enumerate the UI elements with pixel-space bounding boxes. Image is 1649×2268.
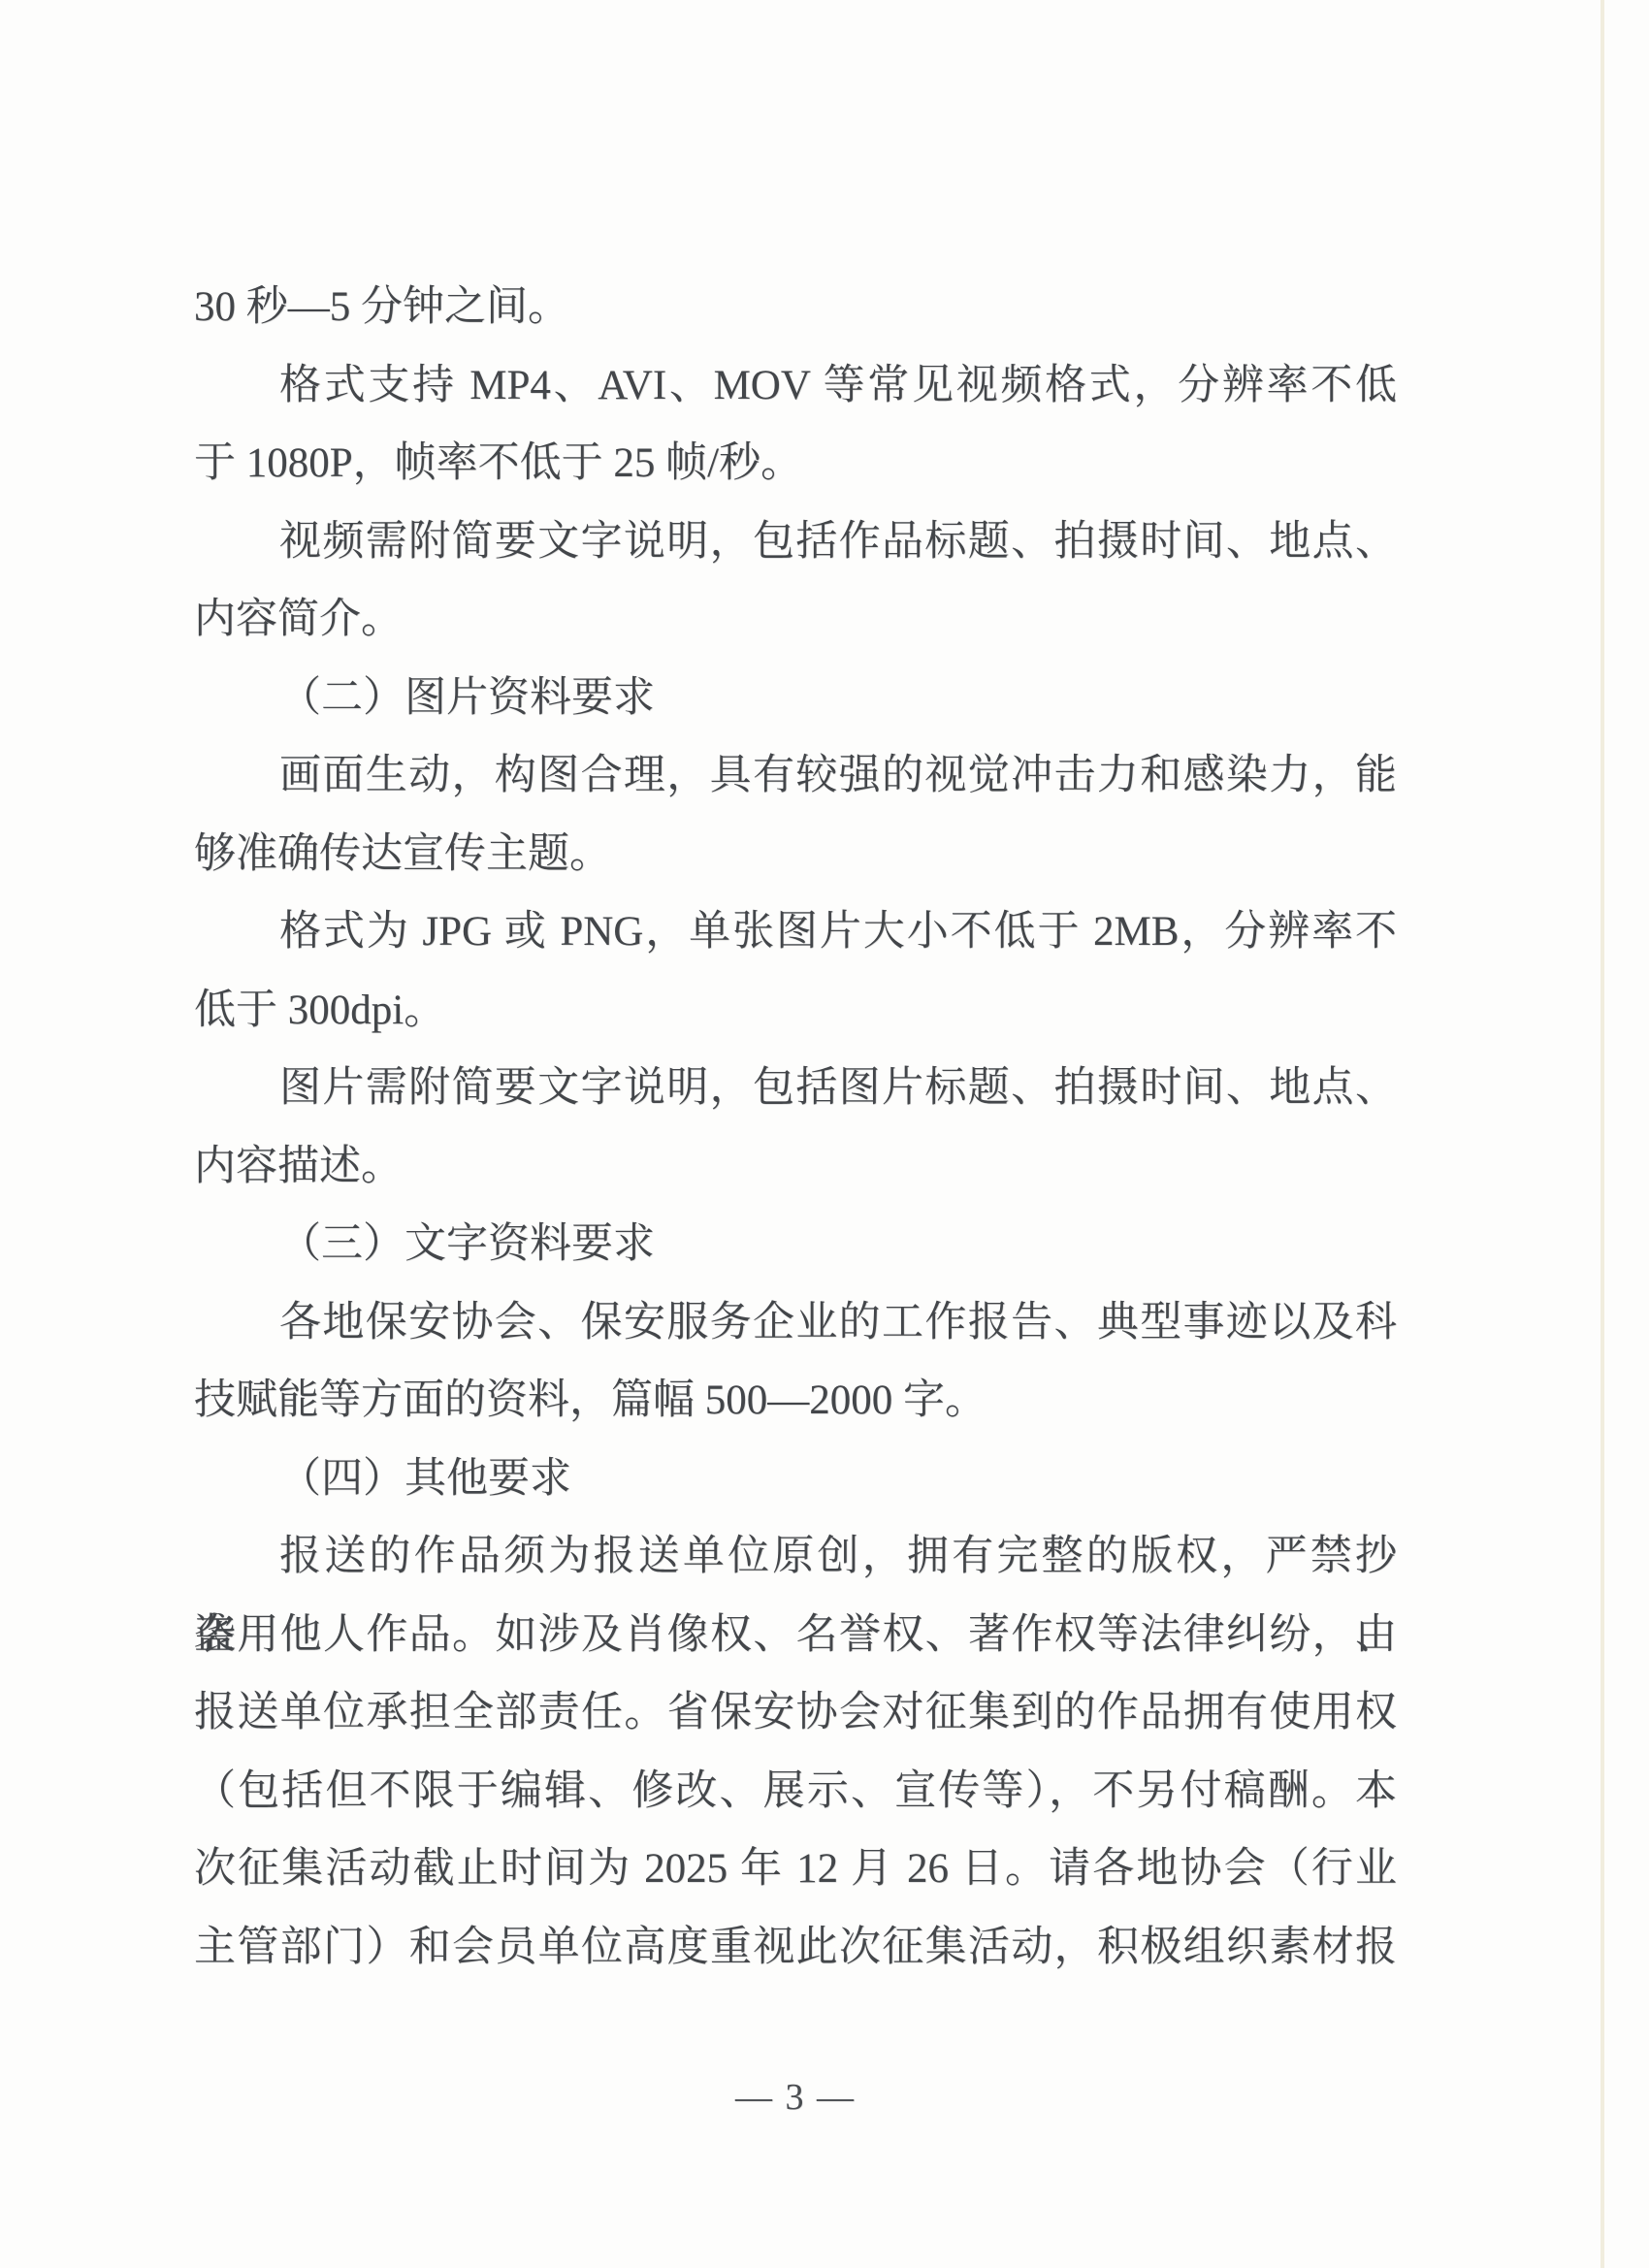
scan-edge-artifact [1600, 0, 1604, 2268]
document-line: 报送单位承担全部责任。省保安协会对征集到的作品拥有使用权 [194, 1674, 1397, 1753]
page-number: — 3 — [194, 2076, 1397, 2119]
document-line: 低于 300dpi。 [194, 972, 1397, 1051]
document-line: 技赋能等方面的资料，篇幅 500—2000 字。 [194, 1362, 1397, 1441]
document-line: 报送的作品须为报送单位原创，拥有完整的版权，严禁抄袭、 [194, 1518, 1397, 1597]
document-line: 视频需附简要文字说明，包括作品标题、拍摄时间、地点、 [194, 503, 1397, 582]
document-line: 各地保安协会、保安服务企业的工作报告、典型事迹以及科 [194, 1284, 1397, 1363]
document-line: 30 秒—5 分钟之间。 [194, 269, 1397, 347]
document-line: 内容描述。 [194, 1128, 1397, 1207]
document-line: 次征集活动截止时间为 2025 年 12 月 26 日。请各地协会（行业 [194, 1831, 1397, 1909]
document-section-heading: （二）图片资料要求 [194, 660, 1397, 738]
document-section-heading: （四）其他要求 [194, 1441, 1397, 1519]
document-line: 主管部门）和会员单位高度重视此次征集活动，积极组织素材报 [194, 1909, 1397, 1988]
document-line: 图片需附简要文字说明，包括图片标题、拍摄时间、地点、 [194, 1050, 1397, 1128]
document-line: （包括但不限于编辑、修改、展示、宣传等），不另付稿酬。本 [194, 1753, 1397, 1831]
document-body: 30 秒—5 分钟之间。 格式支持 MP4、AVI、MOV 等常见视频格式，分辨… [194, 269, 1397, 1987]
document-line: 于 1080P，帧率不低于 25 帧/秒。 [194, 425, 1397, 503]
document-line: 内容简介。 [194, 581, 1397, 660]
document-section-heading: （三）文字资料要求 [194, 1206, 1397, 1284]
document-line: 格式支持 MP4、AVI、MOV 等常见视频格式，分辨率不低 [194, 347, 1397, 426]
document-line: 够准确传达宣传主题。 [194, 816, 1397, 894]
scanned-document-page: 30 秒—5 分钟之间。 格式支持 MP4、AVI、MOV 等常见视频格式，分辨… [0, 0, 1649, 2268]
document-line: 画面生动，构图合理，具有较强的视觉冲击力和感染力，能 [194, 737, 1397, 816]
document-line: 盗用他人作品。如涉及肖像权、名誉权、著作权等法律纠纷，由 [194, 1597, 1397, 1675]
document-line: 格式为 JPG 或 PNG，单张图片大小不低于 2MB，分辨率不 [194, 893, 1397, 972]
